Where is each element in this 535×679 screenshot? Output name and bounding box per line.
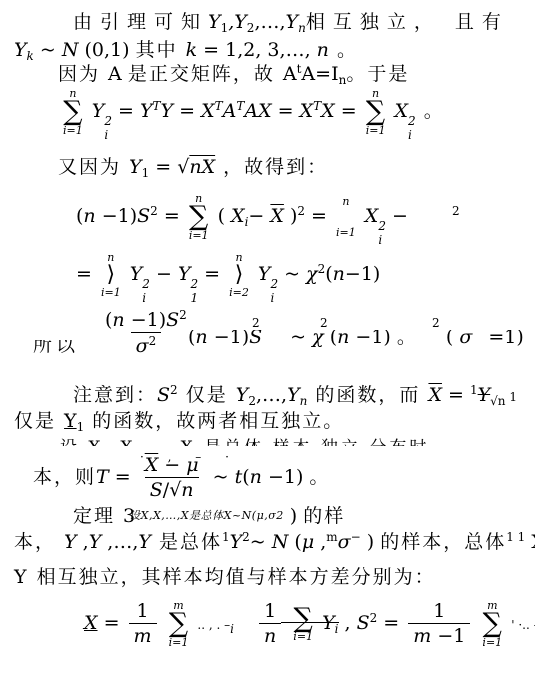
document-page: 由引理可知Y1,Y2,…,Yn相互独立， 且有 Yk ~ N (0,1) 其中 … (0, 0, 535, 679)
clipped-text-fragment: 所以 (33, 340, 97, 356)
summation-symbol: n ∑ i=1 (189, 193, 209, 241)
summation-symbol: n ∑ i=1 (63, 88, 83, 136)
fraction: 1 m (129, 601, 157, 647)
summation-symbol-broken: n ⟩ i=2 (229, 252, 249, 298)
sum-lower-limit: i=1 (169, 637, 189, 648)
clipped-text: 所以 (33, 340, 97, 356)
clipped-text: 设 X ,X ,…,X 是总体 样本 独立 分布时 (60, 433, 532, 446)
fraction-denominator: S/√n (145, 477, 199, 501)
formula-text: Y2i = YTY = XTATAX = XTX = (92, 100, 363, 122)
text-line-lemma: 由引理可知Y1,Y2,…,Yn相互独立， 且有 (73, 10, 509, 37)
formula-sample-stats: X = 1 m m ∑ i=1 .. , . –i 1 n ∑ i=1 Yi ,… (84, 600, 535, 648)
summation-symbol: n ∑ i=1 (366, 88, 386, 136)
formula-text: (n −1)S2 = (76, 205, 186, 227)
formula-text: Y2i ~ χ2(n−1) (258, 263, 380, 285)
fraction-denominator: σ2 (131, 332, 162, 357)
summation-symbol-broken: n ⟩ i=1 (101, 252, 121, 298)
fraction-denominator: m (129, 623, 157, 647)
sum-lower-limit: i=1 (63, 125, 83, 136)
formula-text: X = (84, 612, 120, 634)
sigma-icon: ∑ (189, 204, 208, 230)
sum-lower-limit: i=2 (229, 287, 249, 298)
formula-text: X2i 。 (394, 100, 444, 122)
sigma-icon: ⟩ (107, 263, 116, 287)
sum-upper-limit: n (342, 196, 349, 207)
fraction-numerator: 1 (132, 601, 154, 623)
summation-symbol: ∑ i=1 (293, 606, 313, 643)
fraction-numerator: X − μ (140, 455, 204, 477)
text-line-because-y1: 又因为 Y1 = √nX ，故得到： (58, 155, 328, 182)
summation-symbol: m ∑ i=1 (482, 600, 502, 648)
formula-chi-square: = n ⟩ i=1 Y2i − Y21 = n ⟩ i=2 Y2i ~ χ2(n… (76, 252, 380, 304)
summation-symbol: m ∑ i=1 (169, 600, 189, 648)
fraction-numerator: (n −1)S2 (100, 309, 192, 332)
text-line-distribution: Yk ~ N (0,1) 其中 k = 1,2, 3,…, n 。 (14, 38, 358, 65)
sigma-icon: ⟩ (235, 263, 244, 287)
clipped-text-fragment: (n −1)S ~ χ (n −1) 。 ( σ =1) (188, 330, 533, 351)
sigma-icon: ∑ (63, 99, 82, 125)
sigma-icon: ∑ (366, 99, 385, 125)
text-line-samples: 本， Y ,Y ,…,Y 是总体1Y2~ N (μ ,mσ− ) 的样本，总体1… (14, 530, 535, 555)
formula-sum-identity: n ∑ i=1 Y2i = YTY = XTATAX = XTX = n ∑ i… (60, 88, 445, 141)
sum-lower-limit: i=1 (293, 631, 313, 642)
formula-text: S2 = (357, 612, 400, 634)
summation-symbol-missing-glyph: n i=1 (336, 196, 356, 238)
sigma-icon: ∑ (169, 611, 188, 637)
sum-lower-limit: i=1 (366, 125, 386, 136)
glitch-fragment: ' ·.. –45 ' , · (511, 612, 535, 634)
formula-fraction-variance: (n −1)S2 σ2 (97, 309, 195, 357)
fraction-denominator: n (259, 623, 281, 647)
fraction-numerator: 1 (259, 601, 281, 623)
text-line-orthogonal: 因为 A 是正交矩阵，故 AtA=In。于是 (58, 62, 409, 89)
formula-text: = (76, 263, 98, 285)
text-line-independent: 仅是 Y1 的函数，故两者相互独立。 (14, 409, 344, 436)
fraction: X − μ S/√n (140, 455, 204, 501)
sum-lower-limit: i=1 (101, 287, 121, 298)
formula-text: X2i − 2 (365, 205, 460, 227)
floating-superscript: 2 (252, 316, 260, 330)
fraction-denominator: m −1 (408, 623, 470, 647)
fraction: 1 n (259, 601, 281, 647)
formula-variance-expand: (n −1)S2 = n ∑ i=1 ( Xi− X )2 = n i=1 X2… (76, 193, 460, 246)
text-line-note: 注意到：S2 仅是 Y2,…,Yn 的函数，而 X = 1Y√n 1 (73, 383, 517, 410)
fraction: (n −1)S2 σ2 (100, 309, 192, 357)
sum-lower-limit: i=1 (189, 230, 209, 241)
formula-text: 本，则T = (33, 466, 137, 488)
fraction: 1 m −1 (408, 601, 470, 647)
formula-text: Y2i − Y21 = (130, 263, 226, 285)
fraction-numerator: 1 (428, 601, 450, 623)
sum-lower-limit: i=1 (482, 637, 502, 648)
formula-t-statistic: 本，则T = X − μ S/√n ~ t(n −1) 。 (33, 455, 330, 501)
clipped-text: (n −1)S ~ χ (n −1) 。 ( σ =1) (188, 330, 533, 349)
sum-lower-limit: i=1 (336, 227, 356, 238)
formula-text: ~ t(n −1) 。 (213, 466, 331, 488)
sigma-icon: ∑ (483, 611, 502, 637)
glitch-fragment: .. , . –i (197, 612, 250, 634)
floating-superscript: 2 (432, 316, 440, 330)
formula-text: ( Xi− X )2 = (218, 205, 333, 227)
sigma-icon: ∑ (294, 606, 313, 632)
text-line-means-variances: Y 相互独立，其样本均值与样本方差分别为： (14, 565, 436, 590)
clipped-text-fragment: 设 X ,X ,…,X 是总体 样本 独立 分布时 (60, 433, 532, 446)
floating-superscript: 2 (320, 316, 328, 330)
text-line-theorem3: 定理 3设X,X,…,X是总体X~N(μ,σ2 ) 的样 (73, 504, 345, 529)
